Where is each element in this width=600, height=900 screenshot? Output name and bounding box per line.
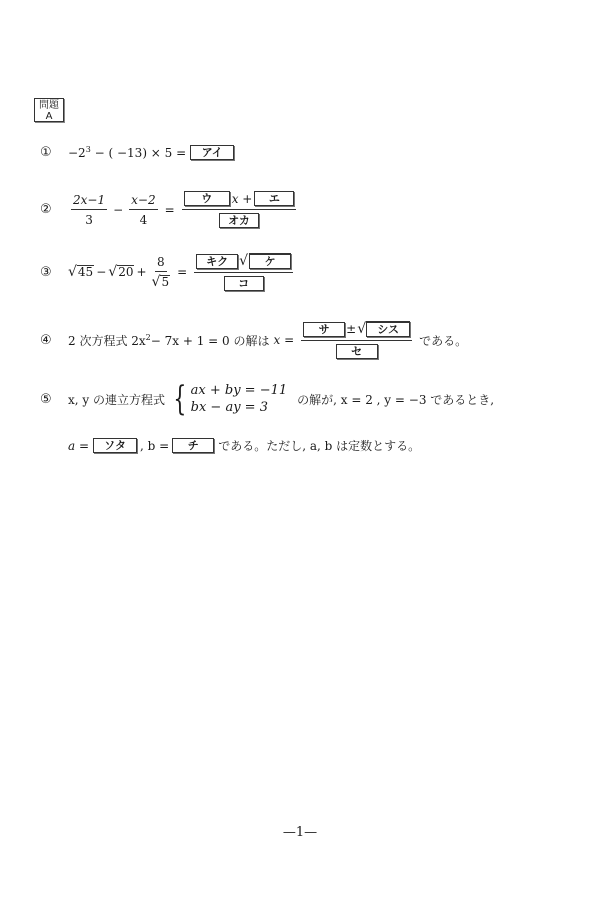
answer-box-sota[interactable]: ソタ [93, 438, 137, 453]
problem-number: ⑤ [40, 392, 68, 407]
brace-symbol: { [173, 382, 186, 416]
answer-box-ai[interactable]: アイ [190, 145, 234, 160]
sqrt-20: √20 [108, 265, 134, 279]
expression: −23 − ( −13) × 5 = [68, 145, 186, 160]
answer-box-oka[interactable]: オカ [219, 213, 259, 228]
answer-box-ke[interactable]: ケ [249, 253, 291, 269]
page-number: —1— [0, 825, 600, 840]
problem-2: ② 2x−1 3 − x−2 4 = ウ x + エ オカ [40, 191, 299, 228]
problem-5-line-2: a = ソタ , b = チ である。ただし, a, b は定数とする。 [68, 437, 420, 454]
answer-box-chi[interactable]: チ [172, 438, 214, 453]
problem-set-badge: 問題 A [34, 98, 64, 122]
fraction-1: 2x−1 3 [71, 193, 107, 227]
answer-box-shisu[interactable]: シス [366, 321, 410, 337]
problem-number: ② [40, 202, 68, 217]
sqrt-45: √45 [68, 265, 94, 279]
answer-box-se[interactable]: セ [336, 344, 378, 359]
problem-number: ④ [40, 333, 68, 348]
answer-fraction: ウ x + エ オカ [182, 191, 297, 228]
problem-1: ① −23 − ( −13) × 5 = アイ [40, 145, 234, 160]
fraction-2: x−2 4 [129, 193, 157, 227]
equation-2: bx − ay = 3 [191, 399, 288, 416]
equation-system: { ax + by = −11 bx − ay = 3 [169, 382, 287, 416]
problem-4: ④ 2 次方程式 2x2− 7x + 1 = 0 の解は x = サ ± √ シ… [40, 321, 467, 359]
equation-1: ax + by = −11 [191, 382, 288, 399]
answer-box-e[interactable]: エ [254, 191, 294, 206]
answer-box-ko[interactable]: コ [224, 276, 264, 291]
problem-number: ③ [40, 265, 68, 280]
answer-box-u[interactable]: ウ [184, 191, 230, 206]
badge-letter: A [35, 111, 63, 122]
problem-number: ① [40, 145, 68, 160]
answer-box-sa[interactable]: サ [303, 322, 345, 337]
badge-title: 問題 [35, 100, 63, 111]
sqrt-symbol: √ [357, 321, 366, 337]
fraction-8-over-sqrt5: 8 √5 [152, 255, 171, 289]
problem-3: ③ √45 − √20 + 8 √5 = キク √ ケ コ [40, 253, 296, 291]
question-text: 2 次方程式 2x2− 7x + 1 = 0 の解は [68, 332, 270, 349]
problem-5: ⑤ x, y の連立方程式 { ax + by = −11 bx − ay = … [40, 382, 494, 416]
answer-fraction: サ ± √ シス セ [301, 321, 412, 359]
answer-box-kiku[interactable]: キク [196, 254, 238, 269]
sqrt-symbol: √ [239, 253, 248, 269]
answer-fraction: キク √ ケ コ [194, 253, 293, 291]
